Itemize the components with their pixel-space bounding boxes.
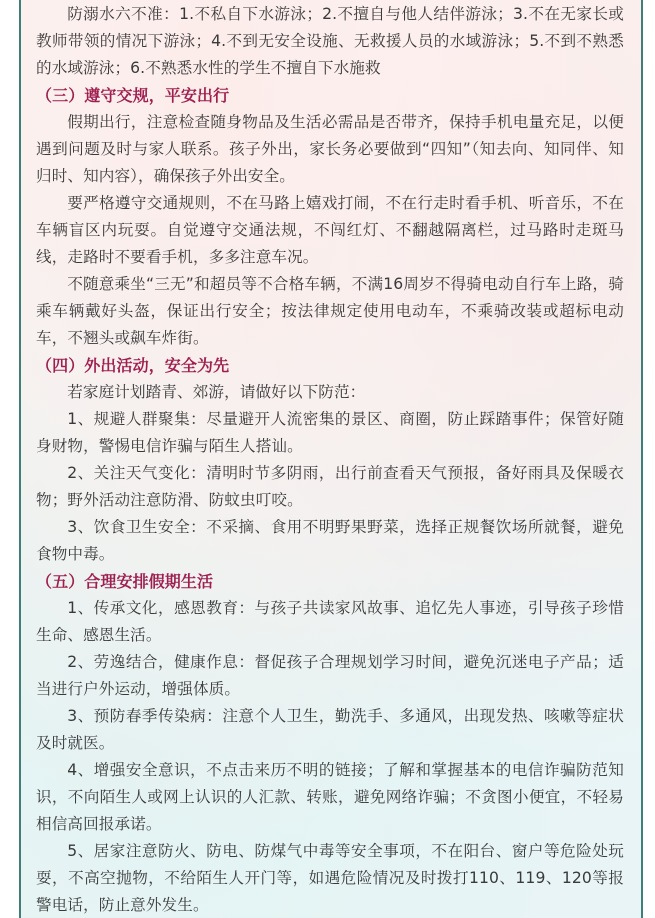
paragraph-outdoor-item-3: 3、饮食卫生安全：不采摘、食用不明野果野菜，选择正规餐饮场所就餐，避免食物中毒。 (36, 514, 624, 568)
section-heading-outdoor: （四）外出活动，安全为先 (36, 352, 624, 379)
document-content: 防溺水六不准：1.不私自下水游泳；2.不擅自与他人结伴游泳；3.不在无家长或教师… (36, 1, 624, 918)
paragraph-outdoor-item-2: 2、关注天气变化：清明时节多阴雨，出行前查看天气预报，备好雨具及保暖衣物；野外活… (36, 460, 624, 514)
paragraph-outdoor-intro: 若家庭计划踏青、郊游，请做好以下防范： (36, 379, 624, 406)
paragraph-outdoor-item-1: 1、规避人群聚集：尽量避开人流密集的景区、商圈，防止踩踏事件；保管好随身财物，警… (36, 406, 624, 460)
paragraph-holiday-item-3: 3、预防春季传染病：注意个人卫生，勤洗手、多通风，出现发热、咳嗽等症状及时就医。 (36, 703, 624, 757)
paragraph-holiday-item-4: 4、增强安全意识，不点击来历不明的链接；了解和掌握基本的电信诈骗防范知识，不向陌… (36, 757, 624, 838)
document-frame: 防溺水六不准：1.不私自下水游泳；2.不擅自与他人结伴游泳；3.不在无家长或教师… (19, 0, 643, 918)
paragraph-holiday-item-5: 5、居家注意防火、防电、防煤气中毒等安全事项，不在阳台、窗户等危险处玩耍，不高空… (36, 838, 624, 918)
paragraph-drowning-rules: 防溺水六不准：1.不私自下水游泳；2.不擅自与他人结伴游泳；3.不在无家长或教师… (36, 1, 624, 82)
paragraph-vehicle-safety: 不随意乘坐“三无”和超员等不合格车辆，不满16周岁不得骑电动自行车上路，骑乘车辆… (36, 271, 624, 352)
paragraph-traffic-rules: 要严格遵守交通规则，不在马路上嬉戏打闹，不在行走时看手机、听音乐，不在车辆盲区内… (36, 190, 624, 271)
section-heading-holiday-life: （五）合理安排假期生活 (36, 568, 624, 595)
paragraph-travel-check: 假期出行，注意检查随身物品及生活必需品是否带齐，保持手机电量充足，以便遇到问题及… (36, 109, 624, 190)
section-heading-traffic: （三）遵守交规，平安出行 (36, 82, 624, 109)
paragraph-holiday-item-1: 1、传承文化，感恩教育：与孩子共读家风故事、追忆先人事迹，引导孩子珍惜生命、感恩… (36, 595, 624, 649)
paragraph-holiday-item-2: 2、劳逸结合，健康作息：督促孩子合理规划学习时间，避免沉迷电子产品；适当进行户外… (36, 649, 624, 703)
